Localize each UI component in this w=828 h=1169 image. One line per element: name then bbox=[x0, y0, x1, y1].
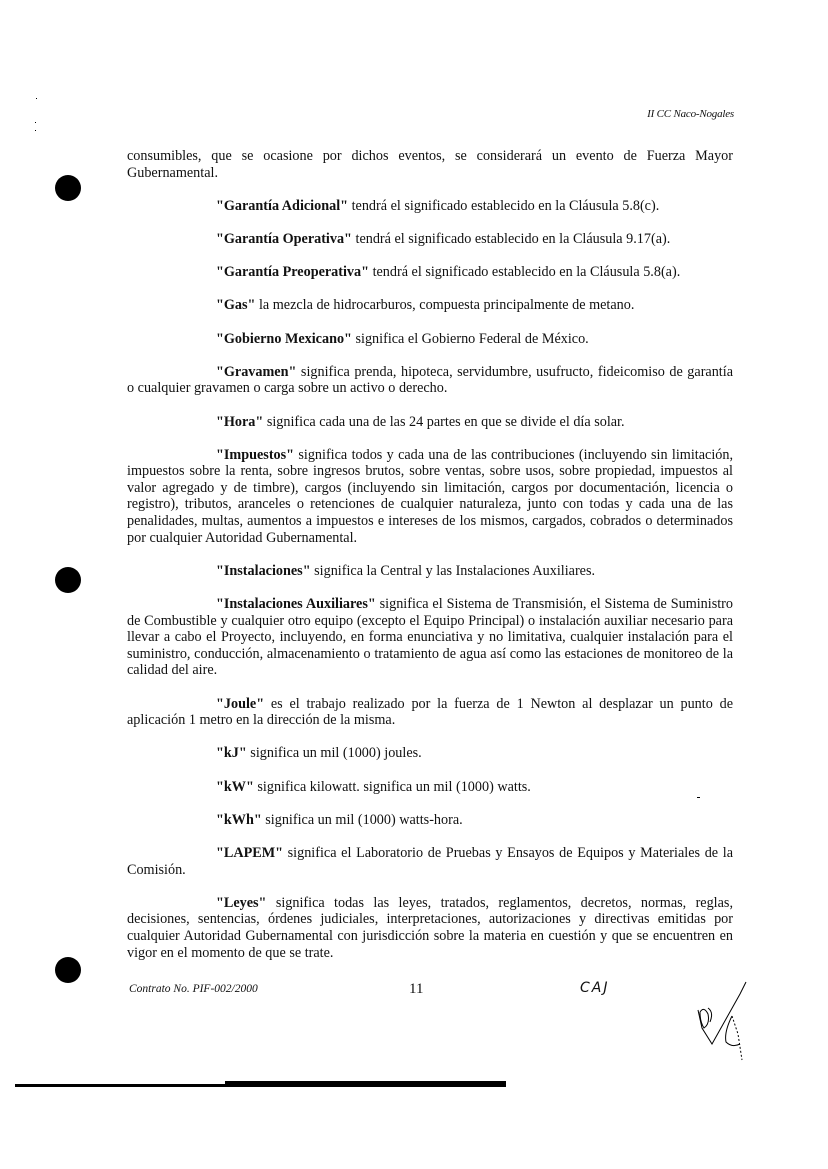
definition-paragraph: "kWh" significa un mil (1000) watts-hora… bbox=[127, 812, 733, 829]
scan-speck bbox=[35, 130, 36, 131]
definition-paragraph: "Garantía Adicional" tendrá el significa… bbox=[127, 198, 733, 215]
definition-paragraph: consumibles, que se ocasione por dichos … bbox=[127, 148, 733, 181]
definition-text: significa cada una de las 24 partes en q… bbox=[263, 414, 624, 430]
footer-contract-number: Contrato No. PIF-002/2000 bbox=[129, 983, 258, 995]
defined-term: "kJ" bbox=[216, 745, 247, 761]
scan-speck bbox=[36, 98, 37, 99]
definitions-body: consumibles, que se ocasione por dichos … bbox=[127, 148, 733, 978]
bottom-rule bbox=[225, 1081, 506, 1087]
definition-paragraph: "Garantía Operativa" tendrá el significa… bbox=[127, 231, 733, 248]
definition-text: tendrá el significado establecido en la … bbox=[369, 264, 680, 280]
definition-paragraph: "Instalaciones" significa la Central y l… bbox=[127, 563, 733, 580]
hole-punch-icon bbox=[55, 957, 81, 983]
definition-text: significa un mil (1000) joules. bbox=[247, 745, 422, 761]
definition-paragraph: "Hora" significa cada una de las 24 part… bbox=[127, 414, 733, 431]
header-reference: II CC Naco-Nogales bbox=[647, 108, 734, 120]
defined-term: "kWh" bbox=[216, 812, 262, 828]
definition-text: tendrá el significado establecido en la … bbox=[352, 231, 670, 247]
definition-paragraph: "Gravamen" significa prenda, hipoteca, s… bbox=[127, 364, 733, 397]
definition-text: significa kilowatt. significa un mil (10… bbox=[254, 779, 531, 795]
page-number: 11 bbox=[409, 981, 423, 998]
defined-term: "Gravamen" bbox=[216, 364, 296, 380]
defined-term: "Instalaciones Auxiliares" bbox=[216, 596, 376, 612]
definition-paragraph: "Gas" la mezcla de hidrocarburos, compue… bbox=[127, 297, 733, 314]
definition-paragraph: "Joule" es el trabajo realizado por la f… bbox=[127, 696, 733, 729]
defined-term: "Instalaciones" bbox=[216, 563, 311, 579]
footer-initials: CAJ bbox=[580, 980, 609, 996]
definition-text: consumibles, que se ocasione por dichos … bbox=[127, 148, 733, 181]
definition-paragraph: "kW" significa kilowatt. significa un mi… bbox=[127, 779, 733, 796]
defined-term: "Hora" bbox=[216, 414, 263, 430]
defined-term: "Gobierno Mexicano" bbox=[216, 331, 352, 347]
definition-text: la mezcla de hidrocarburos, compuesta pr… bbox=[255, 297, 634, 313]
defined-term: "LAPEM" bbox=[216, 845, 283, 861]
definition-text: tendrá el significado establecido en la … bbox=[348, 198, 659, 214]
definition-paragraph: "Garantía Preoperativa" tendrá el signif… bbox=[127, 264, 733, 281]
signature-icon bbox=[670, 972, 770, 1062]
definition-text: significa el Gobierno Federal de México. bbox=[352, 331, 589, 347]
bottom-rule bbox=[15, 1084, 225, 1087]
definition-paragraph: "Gobierno Mexicano" significa el Gobiern… bbox=[127, 331, 733, 348]
definition-text: significa la Central y las Instalaciones… bbox=[311, 563, 595, 579]
definition-paragraph: "kJ" significa un mil (1000) joules. bbox=[127, 745, 733, 762]
defined-term: "Garantía Operativa" bbox=[216, 231, 352, 247]
defined-term: "kW" bbox=[216, 779, 254, 795]
definition-paragraph: "Impuestos" significa todos y cada una d… bbox=[127, 447, 733, 547]
hole-punch-icon bbox=[55, 567, 81, 593]
definition-paragraph: "Instalaciones Auxiliares" significa el … bbox=[127, 596, 733, 679]
definition-paragraph: "LAPEM" significa el Laboratorio de Prue… bbox=[127, 845, 733, 878]
defined-term: "Garantía Adicional" bbox=[216, 198, 348, 214]
scan-speck bbox=[35, 122, 36, 123]
defined-term: "Garantía Preoperativa" bbox=[216, 264, 369, 280]
definition-text: significa un mil (1000) watts-hora. bbox=[262, 812, 463, 828]
defined-term: "Joule" bbox=[216, 696, 264, 712]
defined-term: "Gas" bbox=[216, 297, 255, 313]
defined-term: "Leyes" bbox=[216, 895, 266, 911]
definition-paragraph: "Leyes" significa todas las leyes, trata… bbox=[127, 895, 733, 961]
defined-term: "Impuestos" bbox=[216, 447, 294, 463]
document-page: II CC Naco-Nogales consumibles, que se o… bbox=[0, 0, 828, 1169]
hole-punch-icon bbox=[55, 175, 81, 201]
